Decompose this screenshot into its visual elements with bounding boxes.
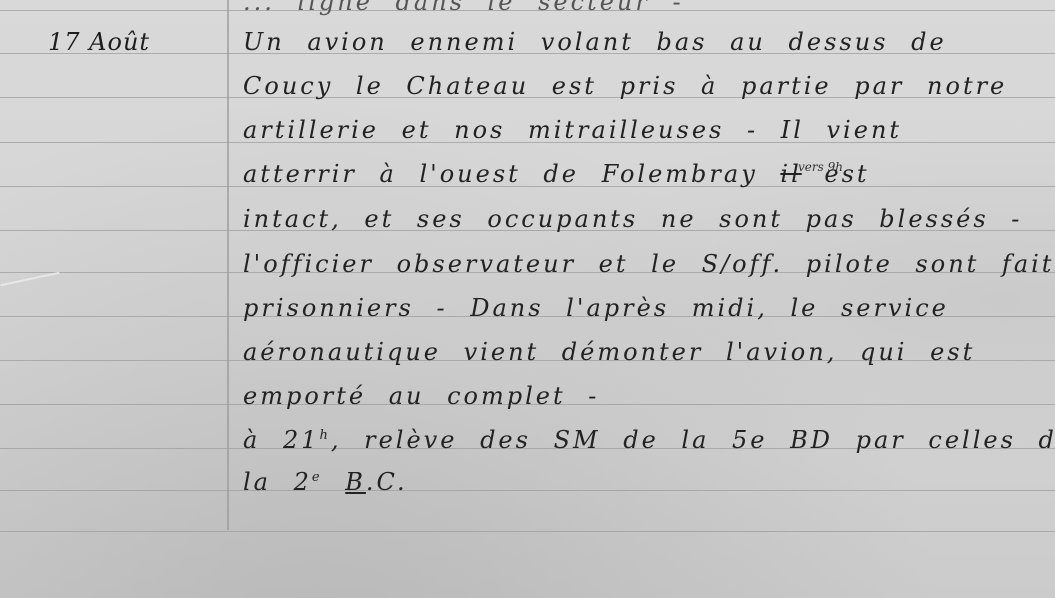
margin-date: 17 Août — [48, 28, 150, 56]
text-line-4: atterrir à l'ouest de Folembray il est — [243, 160, 870, 188]
previous-line-fragment: ... ligne dans le secteur - — [243, 0, 684, 16]
text-line-5: intact, et ses occupants ne sont pas ble… — [243, 205, 1022, 233]
line-10-time: à 21 — [243, 426, 319, 454]
text-line-11: la 2e B.C. — [243, 468, 408, 496]
line-11-prefix: la 2 — [243, 468, 312, 496]
ruled-line — [0, 490, 1055, 491]
ruled-line — [0, 531, 1055, 532]
interlinear-insertion: vers 9h — [798, 160, 843, 174]
text-line-8: aéronautique vient démonter l'avion, qui… — [243, 338, 975, 366]
paper-crease — [0, 272, 59, 286]
margin-line — [227, 0, 229, 530]
journal-page: 17 Août ... ligne dans le secteur - Un a… — [0, 0, 1055, 598]
text-line-7: prisonniers - Dans l'après midi, le serv… — [243, 294, 949, 322]
text-line-10: à 21h, relève des SM de la 5e BD par cel… — [243, 426, 1055, 454]
hour-superscript: h — [319, 428, 330, 443]
line-11-tail: .C. — [366, 468, 408, 496]
text-line-9: emporté au complet - — [243, 382, 599, 410]
text-line-2: Coucy le Chateau est pris à partie par n… — [243, 72, 1007, 100]
line-10-tail: , relève des SM de la 5e BD par celles d… — [331, 426, 1055, 454]
ordinal-superscript: e — [312, 470, 323, 485]
text-line-6: l'officier observateur et le S/off. pilo… — [243, 250, 1055, 278]
underlined-letter: B — [345, 468, 366, 496]
text-line-1: Un avion ennemi volant bas au dessus de — [243, 28, 947, 56]
line-4-main: atterrir à l'ouest de Folembray — [243, 160, 758, 188]
text-line-3: artillerie et nos mitrailleuses - Il vie… — [243, 116, 902, 144]
